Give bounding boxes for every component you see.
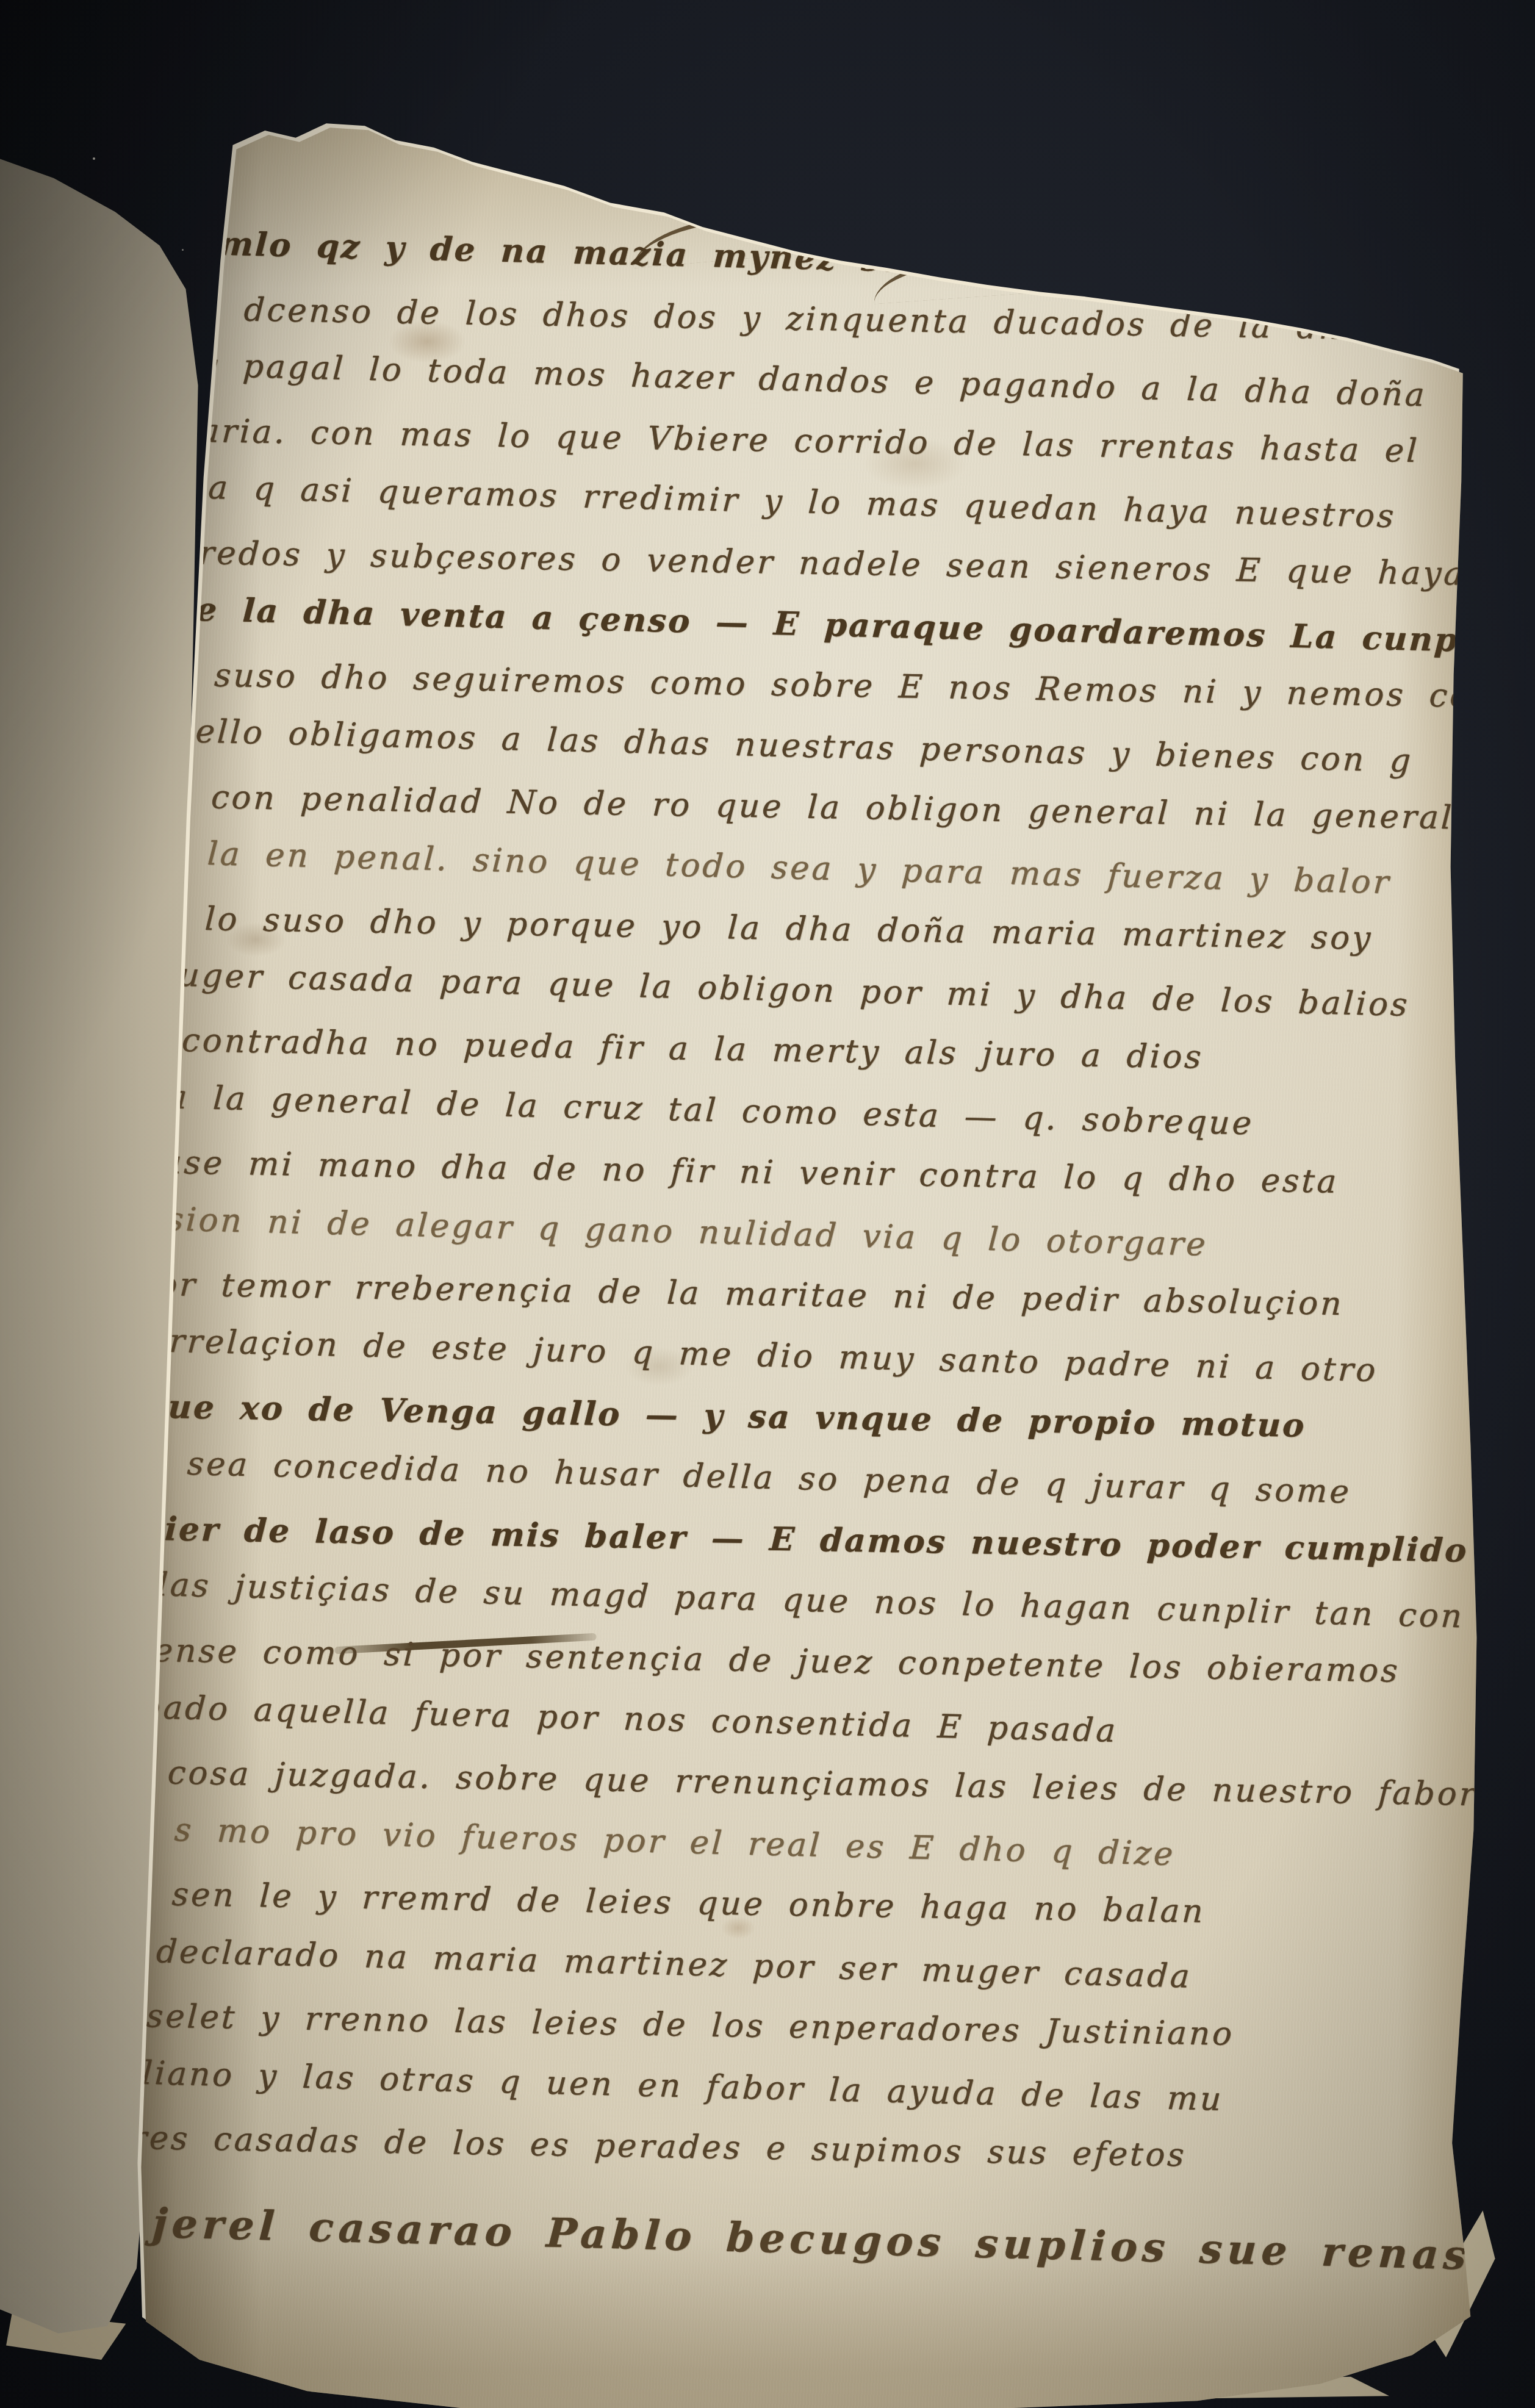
manuscript-line: jomlo qz y de na mazia mynez su muger qu… bbox=[181, 224, 1535, 296]
manuscript-line: muger casada para que la obligon por mi … bbox=[145, 956, 1411, 1024]
manuscript-line: ni rrelaçion de este juro q me dio muy s… bbox=[109, 1321, 1379, 1389]
manuscript-line: que sen le y rremrd de leies que onbre h… bbox=[79, 1874, 1206, 1930]
page-edge-fragment: sage bbox=[1393, 304, 1467, 339]
manuscript-line: la con penalidad No de ro que la obligon… bbox=[152, 778, 1454, 836]
manuscript-page: 142 jomlo qz y de na mazia mynez su muge… bbox=[0, 0, 1535, 2408]
manuscript-line: me sea concedida no husar della so pena … bbox=[108, 1443, 1353, 1511]
manuscript-line: puse mi mano dha de no fir ni venir cont… bbox=[137, 1143, 1340, 1201]
manuscript-line: el dcenso de los dhos dos y zinquenta du… bbox=[185, 290, 1508, 350]
manuscript-line: e çier de laso de mis baler — E damos nu… bbox=[96, 1509, 1469, 1570]
folio-number: 142 bbox=[1143, 145, 1254, 198]
manuscript-line: la selet y rrenno las leies de los enper… bbox=[87, 1997, 1235, 2053]
dust-speck bbox=[182, 249, 184, 251]
manuscript-signature-line: jerel casarao Pablo becugos suplios sue … bbox=[151, 2199, 1535, 2280]
manuscript-line: y pagal lo toda mos hazer dandos e pagan… bbox=[198, 347, 1428, 414]
manuscript-line: dia q asi queramos rredimir y lo mas que… bbox=[171, 468, 1397, 535]
manuscript-line: traello obligamos a las dhas nuestras pe… bbox=[140, 711, 1414, 780]
manuscript-line: obeliano y las otras q uen en fabor la a… bbox=[74, 2053, 1224, 2118]
manuscript-photo: sage isa segu 68 i y y ge nera g cos Eag… bbox=[0, 0, 1535, 2408]
manuscript-line: ta la general de la cruz tal como esta —… bbox=[151, 1078, 1255, 1142]
manuscript-line: di. s mo pro vio fueros por el real es E… bbox=[101, 1810, 1177, 1873]
manuscript-line: cesion ni de alegar q gano nulidad via q… bbox=[124, 1200, 1209, 1263]
manuscript-line: llebado aquella fuera por nos consentida… bbox=[92, 1687, 1119, 1750]
manuscript-line: que xo de Venga gallo — y sa vnque de pr… bbox=[143, 1387, 1307, 1445]
manuscript-line: lo declarado na maria martinez por ser m… bbox=[97, 1932, 1193, 1996]
manuscript-line: Mense como si por sentençia de juez conp… bbox=[117, 1631, 1401, 1690]
manuscript-line: E contradha no pueda fir a la merty als … bbox=[131, 1021, 1204, 1076]
manuscript-line: heredos y subçesores o vender nadele sea… bbox=[153, 534, 1467, 593]
manuscript-line: por temor rreberençia de la maritae ni d… bbox=[134, 1265, 1345, 1323]
dust-speck bbox=[93, 157, 95, 160]
manuscript-line: jeres casadas de los es perades e supimo… bbox=[96, 2119, 1187, 2174]
manuscript-line: de lo suso dho y porque yo la dha doña m… bbox=[135, 899, 1374, 957]
manuscript-line: de la dha venta a çenso — E paraque goar… bbox=[171, 590, 1507, 660]
manuscript-line: lo suso dho seguiremos como sobre E nos … bbox=[155, 656, 1490, 715]
manuscript-line: a la en penal. sino que todo sea y para … bbox=[161, 834, 1392, 901]
manuscript-line: en cosa juzgada. sobre que rrenunçiamos … bbox=[98, 1753, 1478, 1813]
manuscript-line: maria. con mas lo que Vbiere corrido de … bbox=[166, 412, 1420, 470]
manuscript-line: a las justiçias de su magd para que nos … bbox=[111, 1565, 1465, 1635]
manuscript-text-block: jomlo qz y de na mazia mynez su muger qu… bbox=[67, 227, 1489, 2362]
